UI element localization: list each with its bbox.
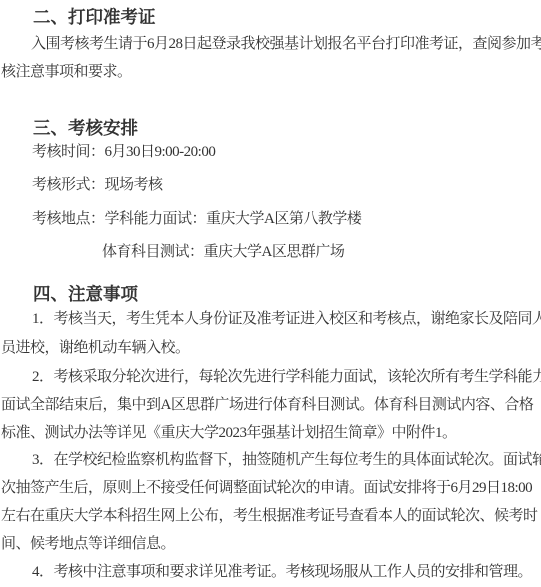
note-3-line: 间、候考地点等详细信息。 (1, 537, 175, 552)
note-3-line: 左右在重庆大学本科招生网上公布，考生根据准考证号查看本人的面试轮次、候考时 (1, 509, 538, 524)
assessment-time-line: 考核时间：6月30日9:00-20:00 (32, 145, 215, 160)
paragraph-line: 入围考核考生请于6月28日起登录我校强基计划报名平台打印准考证，查阅参加考 (31, 37, 541, 52)
notice-document: 二、打印准考证 入围考核考生请于6月28日起登录我校强基计划报名平台打印准考证，… (0, 0, 541, 587)
assessment-format-line: 考核形式：现场考核 (32, 178, 163, 193)
note-3-line: 次抽签产生后，原则上不接受任何调整面试轮次的申请。面试安排将于6月29日18:0… (1, 481, 532, 496)
section-heading-notes: 四、注意事项 (33, 286, 138, 304)
note-1-line: 1．考核当天，考生凭本人身份证及准考证进入校区和考核点，谢绝家长及陪同人 (32, 312, 541, 327)
note-1-line: 员进校，谢绝机动车辆入校。 (1, 341, 190, 356)
assessment-location-line: 考核地点：学科能力面试：重庆大学A区第八教学楼 (32, 212, 361, 227)
note-2-line: 2．考核采取分轮次进行，每轮次先进行学科能力面试，该轮次所有考生学科能力 (32, 370, 541, 385)
paragraph-line: 核注意事项和要求。 (1, 65, 132, 80)
section-heading-print-ticket: 二、打印准考证 (33, 9, 156, 27)
note-2-line: 面试全部结束后，集中到A区思群广场进行体育科目测试。体育科目测试内容、合格 (1, 398, 533, 413)
note-2-line: 标准、测试办法等详见《重庆大学2023年强基计划招生简章》中附件1。 (1, 426, 457, 441)
assessment-location-line-2: 体育科目测试：重庆大学A区思群广场 (102, 245, 344, 260)
note-3-line: 3．在学校纪检监察机构监督下，抽签随机产生每位考生的具体面试轮次。面试轮 (32, 453, 541, 468)
note-4-line: 4．考核中注意事项和要求详见准考证。考核现场服从工作人员的安排和管理。 (32, 565, 532, 580)
section-heading-assessment-arrangement: 三、考核安排 (33, 120, 138, 138)
